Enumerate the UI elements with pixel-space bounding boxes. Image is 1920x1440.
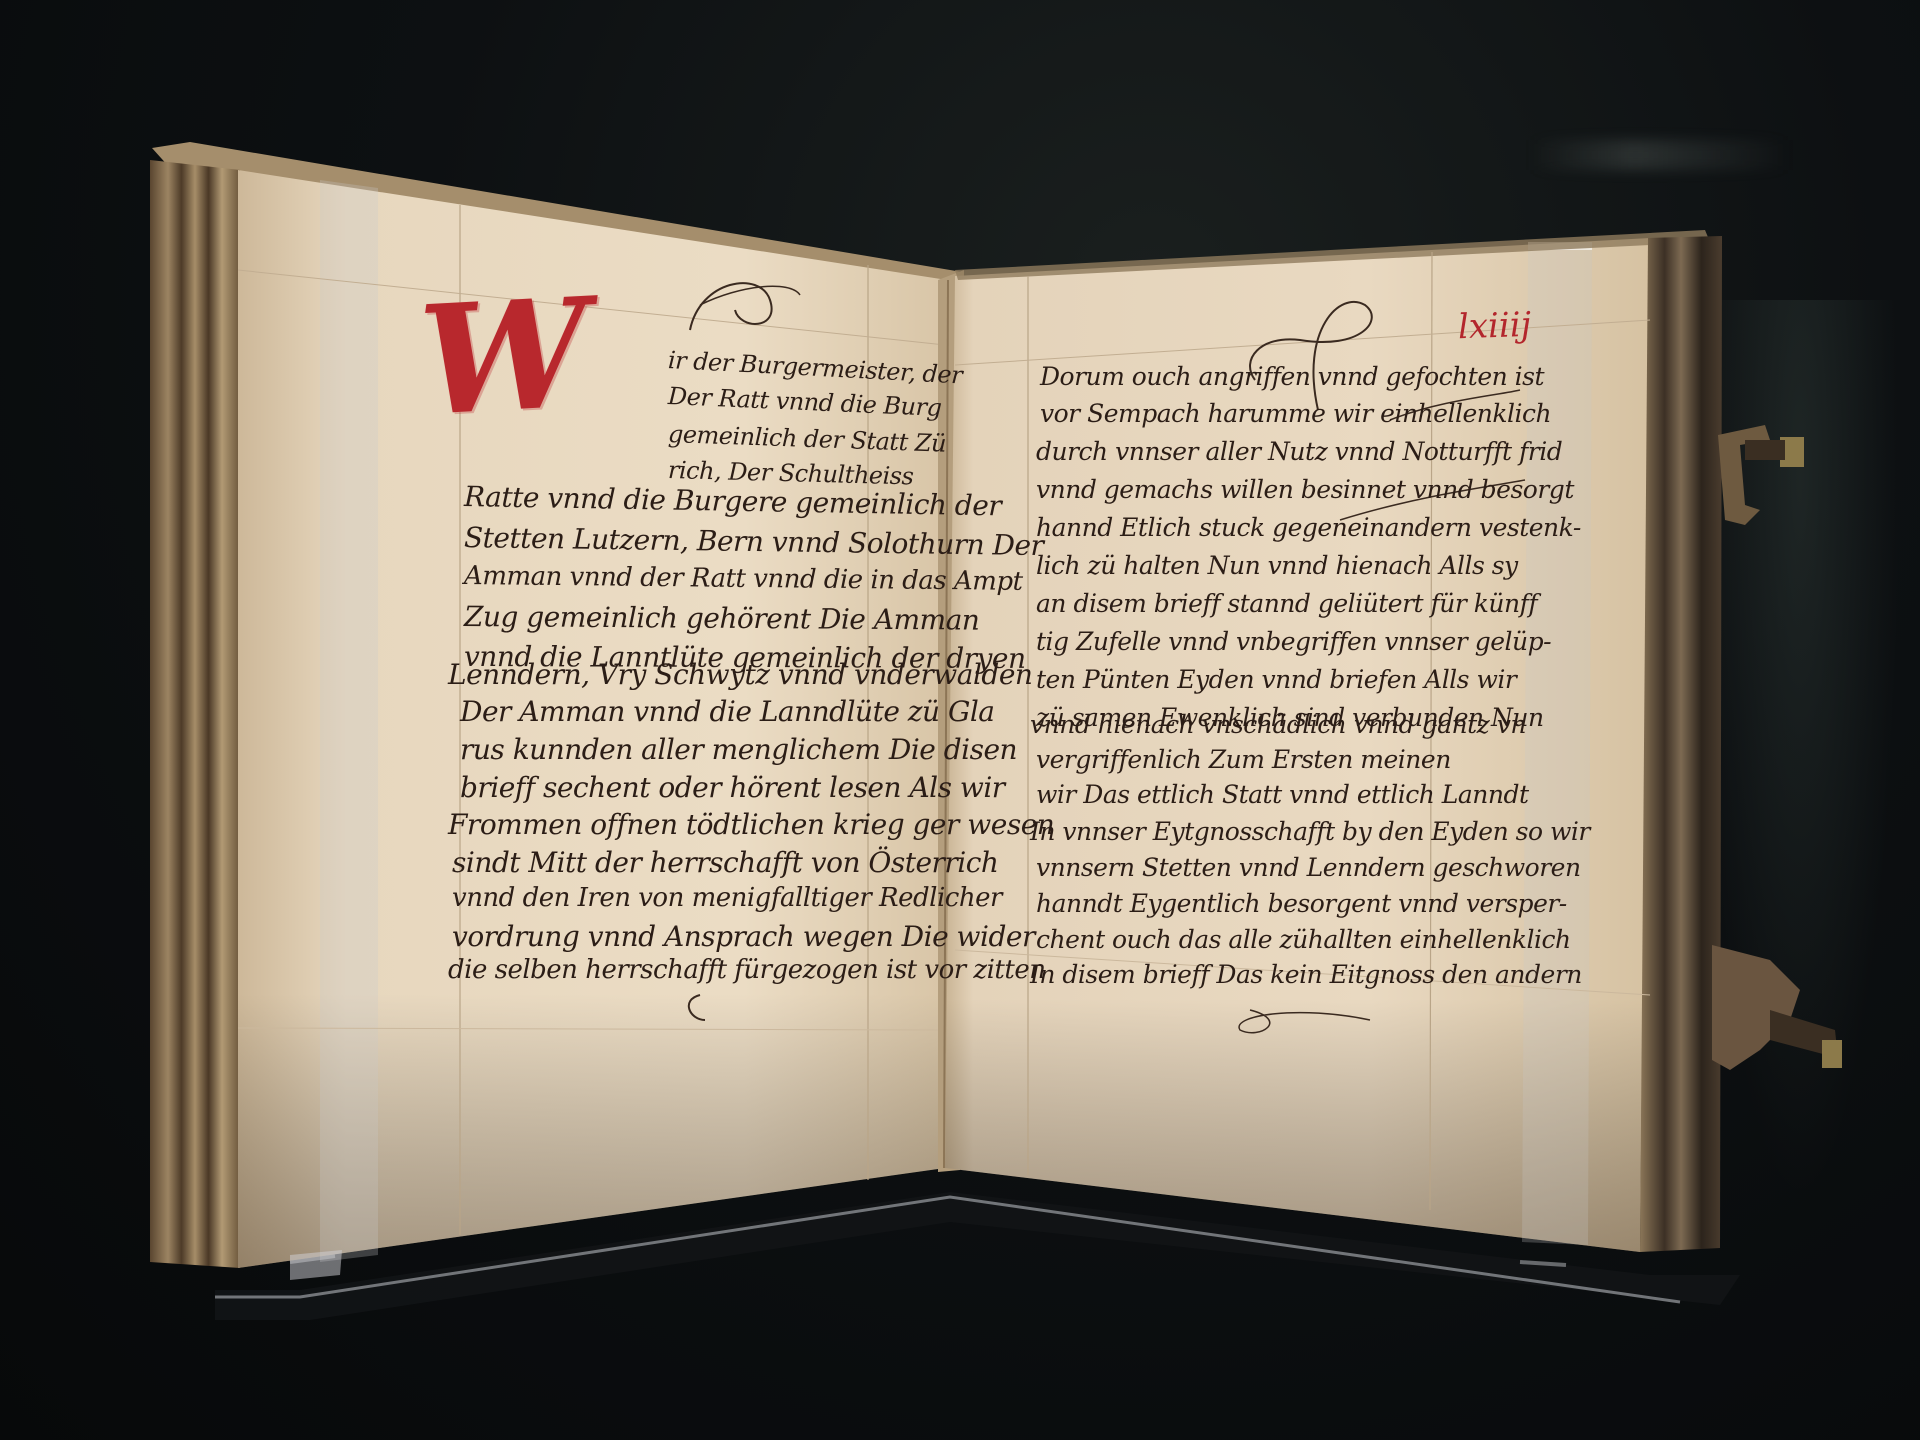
text-line: In disem brieff Das kein Eitgnoss den an… bbox=[1030, 960, 1582, 989]
text-line: Amman vnnd der Ratt vnnd die in das Ampt bbox=[464, 561, 1023, 597]
lower-clasp bbox=[1712, 945, 1842, 1070]
text-line: In vnnser Eytgnosschafft by den Eyden so… bbox=[1030, 817, 1590, 846]
text-line: chent ouch das alle zühallten einhellenk… bbox=[1036, 925, 1571, 954]
text-line: vnnd hienach vnschädlich vnnd gantz vn bbox=[1030, 710, 1526, 739]
text-line: wir Das ettlich Statt vnnd ettlich Lannd… bbox=[1036, 780, 1529, 809]
text-line: vnnd gemachs willen besinnet vnnd besorg… bbox=[1036, 475, 1574, 504]
text-line: Dorum ouch angriffen vnnd gefochten ist bbox=[1040, 362, 1544, 391]
text-line: vordrung vnnd Ansprach wegen Die wider bbox=[452, 920, 1035, 953]
text-line: an disem brieff stannd geliütert für kün… bbox=[1036, 589, 1537, 618]
text-line: Der Amman vnnd die Lanndlüte zü Gla bbox=[460, 695, 995, 728]
folio-number: lxiiij bbox=[1457, 305, 1532, 348]
text-line: vergriffenlich Zum Ersten meinen bbox=[1036, 745, 1451, 774]
text-line: ten Pünten Eyden vnnd briefen Alls wir bbox=[1036, 665, 1516, 694]
text-line: die selben herrschafft fürgezogen ist vo… bbox=[448, 955, 1045, 985]
upper-clasp bbox=[1718, 425, 1804, 525]
text-line: brieff sechent oder hörent lesen Als wir bbox=[460, 771, 1005, 804]
text-line: sindt Mitt der herrschafft von Österrich bbox=[452, 846, 998, 879]
text-line: Zug gemeinlich gehörent Die Amman bbox=[464, 600, 980, 637]
text-line: hannd Etlich stuck gegeneinandern vesten… bbox=[1036, 513, 1581, 542]
text-line: vnnd den Iren von menigfalltiger Redlich… bbox=[452, 883, 1002, 913]
text-line: vnnsern Stetten vnnd Lenndern geschworen bbox=[1036, 853, 1581, 882]
text-line: tig Zufelle vnnd vnbegriffen vnnser gelü… bbox=[1036, 627, 1551, 656]
rubricated-initial: W bbox=[415, 266, 570, 449]
text-line: vor Sempach harumme wir einhellenklich bbox=[1040, 399, 1551, 428]
text-line: lich zü halten Nun vnnd hienach Alls sy bbox=[1036, 551, 1518, 580]
text-line: durch vnnser aller Nutz vnnd Notturfft f… bbox=[1036, 437, 1562, 466]
text-line: Lenndern, Vry Schwytz vnnd vnderwalden bbox=[448, 658, 1032, 691]
text-line: hanndt Eygentlich besorgent vnnd versper… bbox=[1036, 889, 1567, 918]
text-line: Frommen offnen tödtlichen krieg ger wese… bbox=[448, 808, 1054, 841]
text-line: rus kunnden aller menglichem Die disen bbox=[460, 733, 1017, 766]
